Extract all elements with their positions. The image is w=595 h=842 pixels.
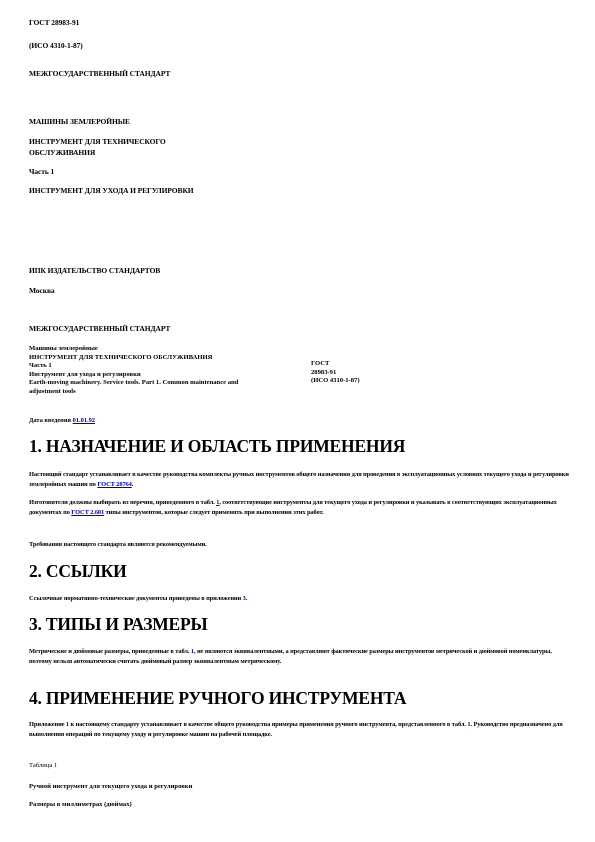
intro-date-link[interactable]: 01.01.92 — [73, 417, 95, 424]
section-1-paragraph-3: Требования настоящего стандарта являются… — [29, 540, 569, 550]
section-1-heading: 1. НАЗНАЧЕНИЕ И ОБЛАСТЬ ПРИМЕНЕНИЯ — [29, 436, 405, 457]
table-1-caption: Таблица 1 — [29, 762, 57, 769]
iso-number: (ИСО 4310-1-87) — [29, 41, 83, 50]
section-1-paragraph-1: Настоящий стандарт устанавливает в качес… — [29, 470, 569, 490]
header-part: Часть 1 — [29, 362, 319, 371]
header-english-title: Earth-moving machinery. Service tools. P… — [29, 379, 319, 388]
section-4-paragraph-1: Приложение 1 к настоящему стандарту уста… — [29, 720, 569, 740]
publisher: ИПК ИЗДАТЕЛЬСТВО СТАНДАРТОВ — [29, 266, 160, 275]
section-2-heading: 2. ССЫЛКИ — [29, 561, 127, 582]
section-3-paragraph-1: Метрические и дюймовые размеры, приведен… — [29, 647, 569, 667]
standard-type: МЕЖГОСУДАРСТВЕННЫЙ СТАНДАРТ — [29, 69, 170, 78]
text: Ссылочные нормативно-технические докумен… — [29, 595, 243, 602]
table-1-title: Ручной инструмент для текущего ухода и р… — [29, 783, 192, 790]
text: типы инструментов, которые следует приме… — [104, 509, 323, 516]
text: Изготовители должны выбирать из перечня,… — [29, 499, 216, 506]
header-table-left: Машины землеройные ИНСТРУМЕНТ ДЛЯ ТЕХНИЧ… — [29, 345, 319, 397]
subtitle: ИНСТРУМЕНТ ДЛЯ УХОДА И РЕГУЛИРОВКИ — [29, 186, 194, 195]
text: . — [246, 595, 248, 602]
header-gost-label: ГОСТ — [311, 360, 391, 369]
text: Приложение — [29, 721, 66, 728]
gost-28764-link[interactable]: ГОСТ 28764 — [97, 481, 131, 488]
title-line1: ИНСТРУМЕНТ ДЛЯ ТЕХНИЧЕСКОГО — [29, 137, 166, 146]
intro-date: Дата введения 01.01.92 — [29, 417, 95, 424]
table-1-units: Размеры в миллиметрах (дюймах) — [29, 801, 132, 808]
gost-number: ГОСТ 28983-91 — [29, 18, 79, 27]
header-iso-number: (ИСО 4310-1-87) — [311, 377, 391, 386]
text: Метрические и дюймовые размеры, приведен… — [29, 648, 191, 655]
subject: МАШИНЫ ЗЕМЛЕРОЙНЫЕ — [29, 117, 130, 126]
header-gost-number: 28983-91 — [311, 369, 391, 378]
title-line2: ОБСЛУЖИВАНИЯ — [29, 148, 95, 157]
section-4-heading: 4. ПРИМЕНЕНИЕ РУЧНОГО ИНСТРУМЕНТА — [29, 688, 406, 709]
intro-date-label: Дата введения — [29, 417, 73, 424]
header-english-title-cont: adjustment tools — [29, 388, 319, 397]
section-2-paragraph-1: Ссылочные нормативно-технические докумен… — [29, 594, 569, 604]
section-1-paragraph-2: Изготовители должны выбирать из перечня,… — [29, 498, 569, 518]
text: . — [132, 481, 134, 488]
city: Москва — [29, 286, 55, 295]
header-subtitle: Инструмент для ухода и регулировки — [29, 371, 319, 380]
header-subject: Машины землеройные — [29, 345, 319, 354]
text: к настоящему стандарту устанавливает в к… — [69, 721, 467, 728]
header-standard-type: МЕЖГОСУДАРСТВЕННЫЙ СТАНДАРТ — [29, 324, 170, 333]
header-title: ИНСТРУМЕНТ ДЛЯ ТЕХНИЧЕСКОГО ОБСЛУЖИВАНИЯ — [29, 354, 319, 363]
gost-2601-link[interactable]: ГОСТ 2.601 — [71, 509, 104, 516]
part-label: Часть 1 — [29, 167, 54, 176]
header-table-right: ГОСТ 28983-91 (ИСО 4310-1-87) — [311, 360, 391, 386]
section-3-heading: 3. ТИПЫ И РАЗМЕРЫ — [29, 614, 208, 635]
